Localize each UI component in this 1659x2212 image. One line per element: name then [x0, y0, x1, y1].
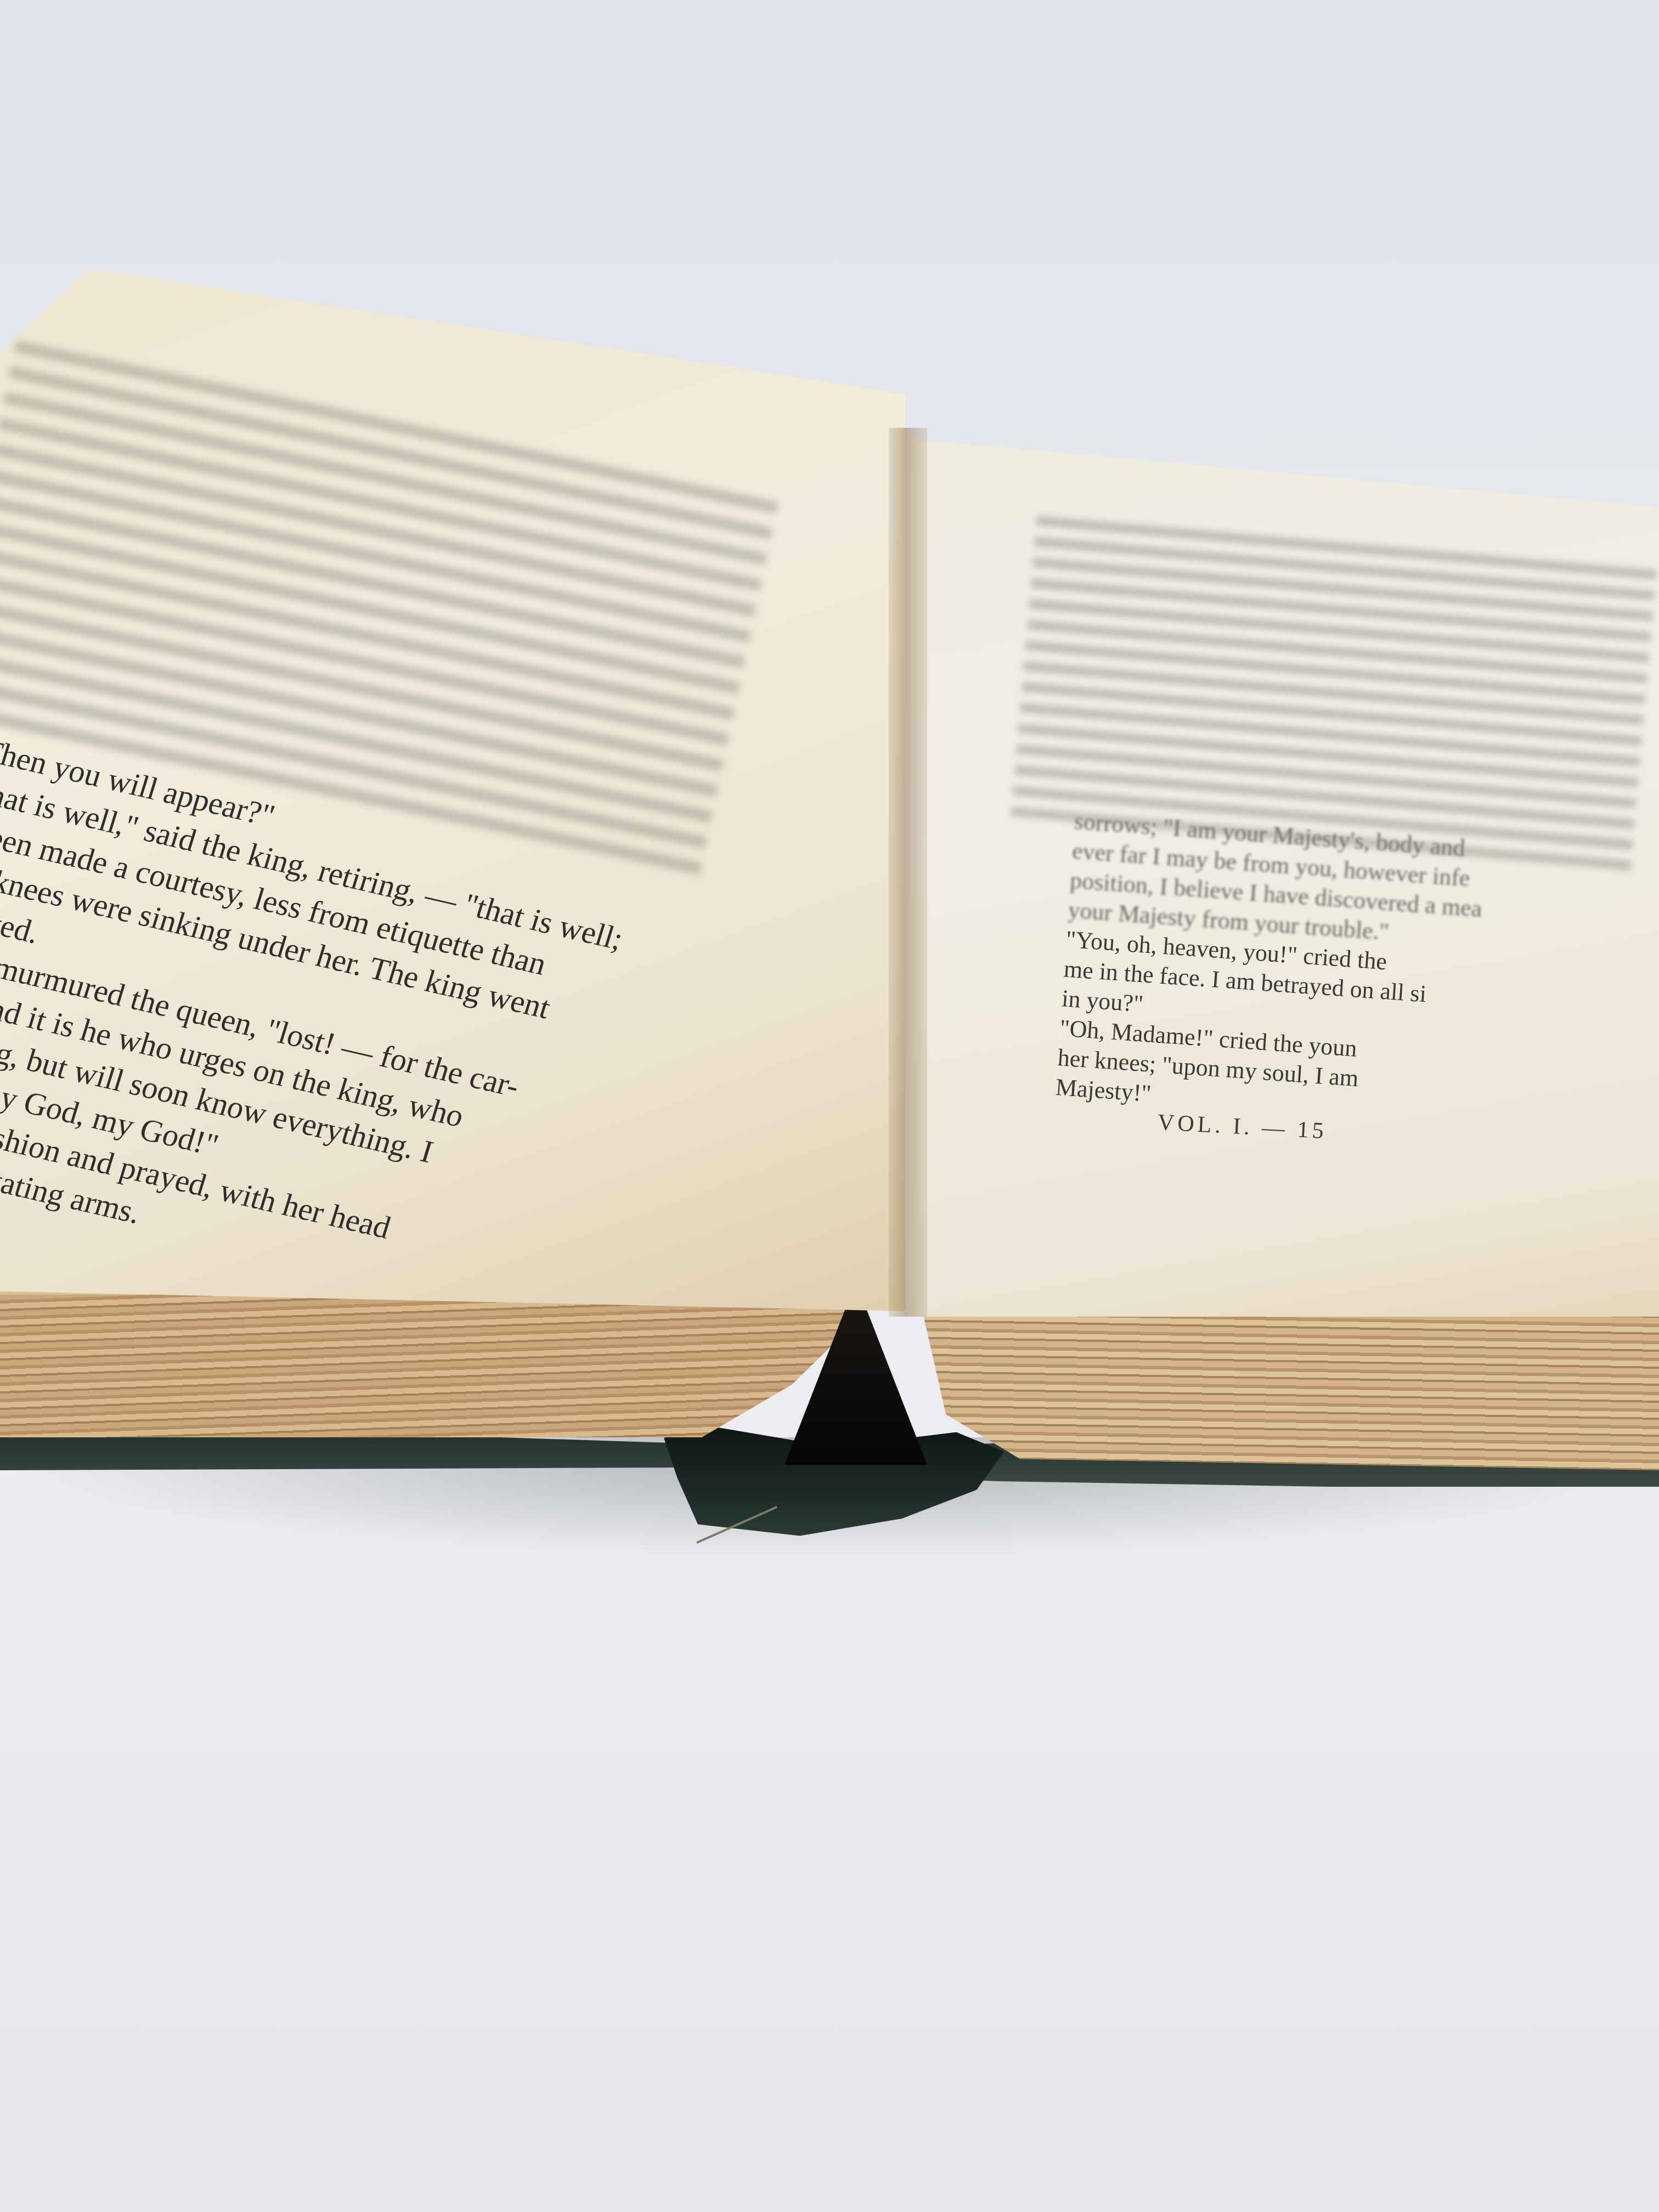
- book-gutter: [889, 428, 927, 1317]
- right-page-text: sorrows; "I am your Majesty's, body and …: [1054, 806, 1659, 1148]
- book-photo-scene: Then you will appear?" That is well," sa…: [0, 0, 1659, 2212]
